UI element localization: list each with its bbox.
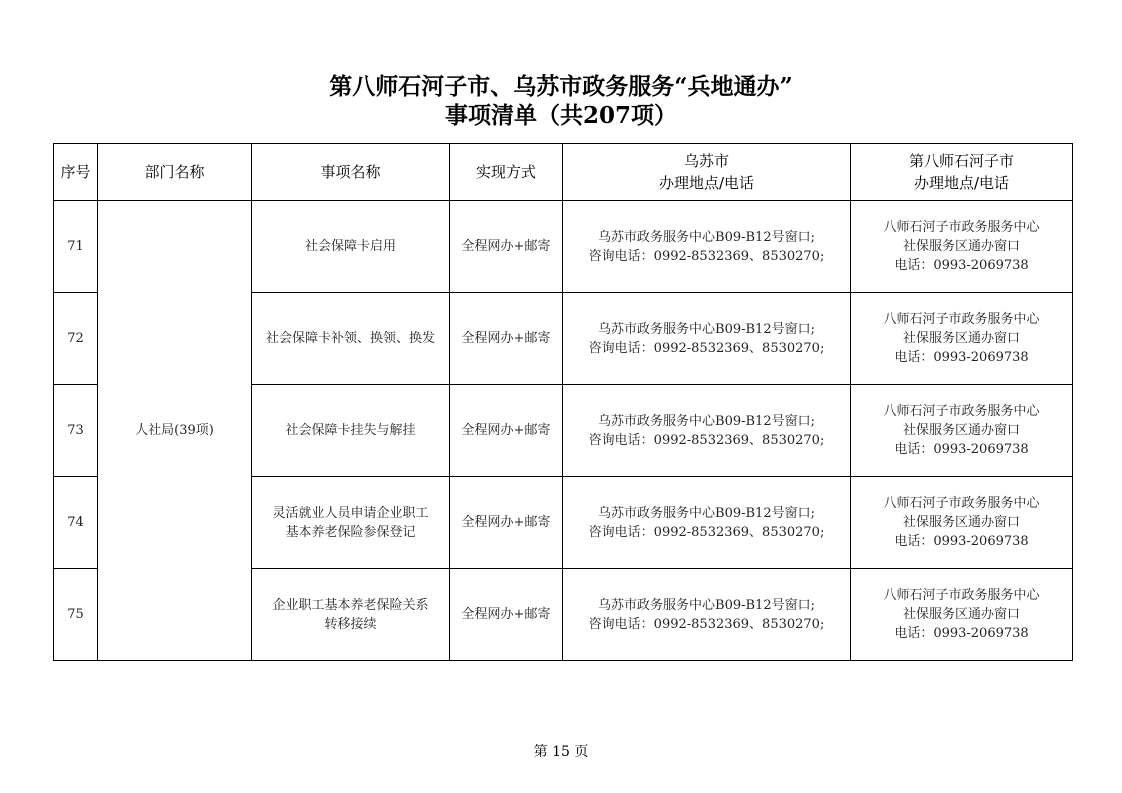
header-department: 部门名称: [98, 144, 252, 201]
row-wusu-location: 乌苏市政务服务中心B09-B12号窗口; 咨询电话：0992-8532369、8…: [563, 569, 851, 661]
row-method: 全程网办+邮寄: [450, 293, 563, 385]
row-seq: 75: [54, 569, 98, 661]
shihezi-window: 社保服务区通办窗口: [851, 421, 1072, 440]
row-shihezi-location: 八师石河子市政务服务中心 社保服务区通办窗口 电话：0993-2069738: [851, 293, 1073, 385]
wusu-phone: 咨询电话：0992-8532369、8530270;: [563, 615, 850, 634]
row-method: 全程网办+邮寄: [450, 477, 563, 569]
wusu-address: 乌苏市政务服务中心B09-B12号窗口;: [563, 320, 850, 339]
table-row: 71 人社局(39项) 社会保障卡启用 全程网办+邮寄 乌苏市政务服务中心B09…: [54, 201, 1073, 293]
shihezi-center: 八师石河子市政务服务中心: [851, 494, 1072, 513]
shihezi-phone: 电话：0993-2069738: [851, 440, 1072, 459]
row-seq: 73: [54, 385, 98, 477]
row-method: 全程网办+邮寄: [450, 569, 563, 661]
services-table: 序号 部门名称 事项名称 实现方式 乌苏市 办理地点/电话 第八师石河子市 办理…: [53, 143, 1073, 661]
shihezi-center: 八师石河子市政务服务中心: [851, 218, 1072, 237]
row-wusu-location: 乌苏市政务服务中心B09-B12号窗口; 咨询电话：0992-8532369、8…: [563, 477, 851, 569]
item-line: 基本养老保险参保登记: [252, 523, 449, 542]
table-header-row: 序号 部门名称 事项名称 实现方式 乌苏市 办理地点/电话 第八师石河子市 办理…: [54, 144, 1073, 201]
header-item: 事项名称: [252, 144, 450, 201]
header-method: 实现方式: [450, 144, 563, 201]
header-seq: 序号: [54, 144, 98, 201]
shihezi-window: 社保服务区通办窗口: [851, 605, 1072, 624]
shihezi-phone: 电话：0993-2069738: [851, 348, 1072, 367]
item-line: 社会保障卡启用: [252, 237, 449, 256]
row-seq: 74: [54, 477, 98, 569]
header-wusu-subtitle: 办理地点/电话: [563, 172, 850, 194]
row-wusu-location: 乌苏市政务服务中心B09-B12号窗口; 咨询电话：0992-8532369、8…: [563, 201, 851, 293]
row-seq: 71: [54, 201, 98, 293]
wusu-address: 乌苏市政务服务中心B09-B12号窗口;: [563, 504, 850, 523]
wusu-phone: 咨询电话：0992-8532369、8530270;: [563, 339, 850, 358]
shihezi-center: 八师石河子市政务服务中心: [851, 586, 1072, 605]
row-method: 全程网办+邮寄: [450, 201, 563, 293]
wusu-address: 乌苏市政务服务中心B09-B12号窗口;: [563, 228, 850, 247]
header-shihezi-subtitle: 办理地点/电话: [851, 172, 1072, 194]
wusu-address: 乌苏市政务服务中心B09-B12号窗口;: [563, 596, 850, 615]
shihezi-phone: 电话：0993-2069738: [851, 256, 1072, 275]
document-title: 第八师石河子市、乌苏市政务服务“兵地通办”: [0, 72, 1122, 101]
row-method: 全程网办+邮寄: [450, 385, 563, 477]
row-shihezi-location: 八师石河子市政务服务中心 社保服务区通办窗口 电话：0993-2069738: [851, 477, 1073, 569]
shihezi-phone: 电话：0993-2069738: [851, 532, 1072, 551]
shihezi-window: 社保服务区通办窗口: [851, 329, 1072, 348]
row-shihezi-location: 八师石河子市政务服务中心 社保服务区通办窗口 电话：0993-2069738: [851, 385, 1073, 477]
wusu-address: 乌苏市政务服务中心B09-B12号窗口;: [563, 412, 850, 431]
wusu-phone: 咨询电话：0992-8532369、8530270;: [563, 247, 850, 266]
row-item: 社会保障卡启用: [252, 201, 450, 293]
shihezi-center: 八师石河子市政务服务中心: [851, 402, 1072, 421]
row-item: 灵活就业人员申请企业职工 基本养老保险参保登记: [252, 477, 450, 569]
wusu-phone: 咨询电话：0992-8532369、8530270;: [563, 523, 850, 542]
item-line: 社会保障卡挂失与解挂: [252, 421, 449, 440]
row-wusu-location: 乌苏市政务服务中心B09-B12号窗口; 咨询电话：0992-8532369、8…: [563, 293, 851, 385]
shihezi-window: 社保服务区通办窗口: [851, 237, 1072, 256]
row-shihezi-location: 八师石河子市政务服务中心 社保服务区通办窗口 电话：0993-2069738: [851, 201, 1073, 293]
header-wusu-city: 乌苏市: [563, 150, 850, 172]
page-number: 第 15 页: [0, 741, 1122, 761]
item-line: 企业职工基本养老保险关系: [252, 596, 449, 615]
header-shihezi-city: 第八师石河子市: [851, 150, 1072, 172]
header-shihezi-location: 第八师石河子市 办理地点/电话: [851, 144, 1073, 201]
wusu-phone: 咨询电话：0992-8532369、8530270;: [563, 431, 850, 450]
shihezi-center: 八师石河子市政务服务中心: [851, 310, 1072, 329]
department-cell: 人社局(39项): [98, 201, 252, 661]
document-subtitle: 事项清单（共207项）: [0, 101, 1122, 130]
row-item: 企业职工基本养老保险关系 转移接续: [252, 569, 450, 661]
shihezi-window: 社保服务区通办窗口: [851, 513, 1072, 532]
shihezi-phone: 电话：0993-2069738: [851, 624, 1072, 643]
item-line: 转移接续: [252, 615, 449, 634]
row-shihezi-location: 八师石河子市政务服务中心 社保服务区通办窗口 电话：0993-2069738: [851, 569, 1073, 661]
row-item: 社会保障卡补领、换领、换发: [252, 293, 450, 385]
row-wusu-location: 乌苏市政务服务中心B09-B12号窗口; 咨询电话：0992-8532369、8…: [563, 385, 851, 477]
item-line: 社会保障卡补领、换领、换发: [252, 329, 449, 348]
item-line: 灵活就业人员申请企业职工: [252, 504, 449, 523]
row-item: 社会保障卡挂失与解挂: [252, 385, 450, 477]
header-wusu-location: 乌苏市 办理地点/电话: [563, 144, 851, 201]
row-seq: 72: [54, 293, 98, 385]
